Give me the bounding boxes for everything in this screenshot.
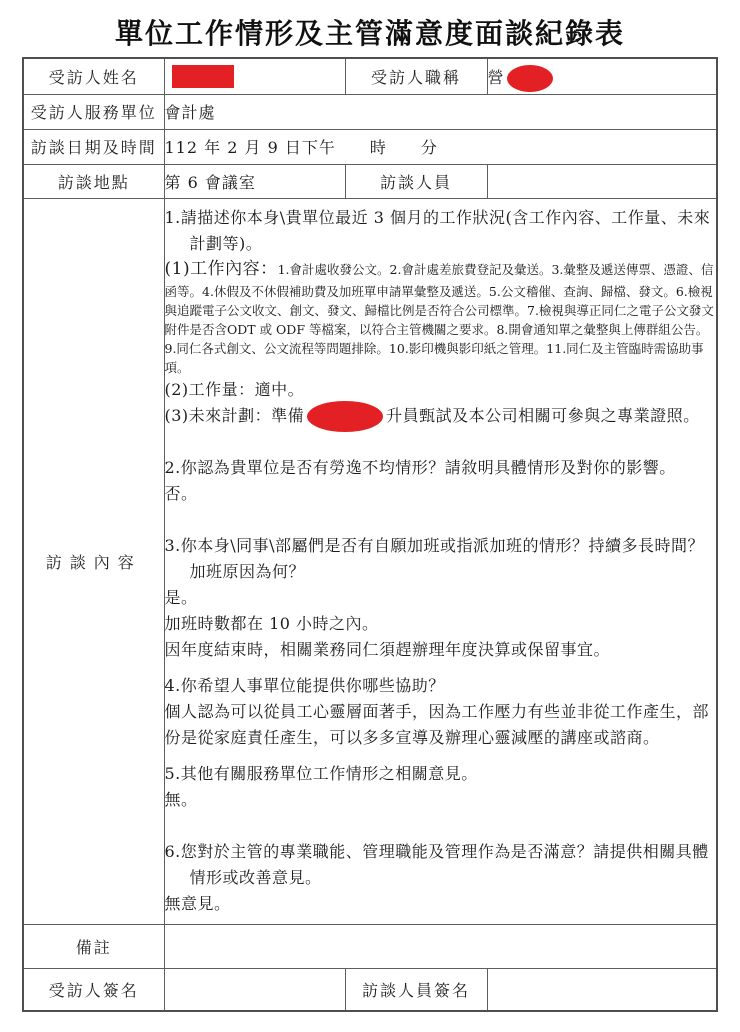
- answer-3-line1: 是。: [165, 585, 717, 611]
- service-unit-value: 會計處: [164, 94, 717, 129]
- interview-datetime-label: 訪談日期及時間: [23, 129, 164, 164]
- interviewers-label: 訪談人員: [345, 164, 487, 198]
- interviewee-title-label: 受訪人職稱: [345, 58, 487, 94]
- page-title: 單位工作情形及主管滿意度面談紀錄表: [0, 12, 740, 52]
- answer-1-future-plan: (3)未來計劃：準備升員甄試及本公司相關可參與之專業證照。: [165, 403, 717, 429]
- question-1: 1.請描述你本身\貴單位最近 3 個月的工作狀況(含工作內容、工作量、未來計劃等…: [165, 205, 717, 257]
- answer-3-line3: 因年度結束時，相關業務同仁須趕辦理年度決算或保留事宜。: [165, 637, 717, 663]
- scanned-form-page: { "title": "單位工作情形及主管滿意度面談紀錄表", "colors"…: [0, 0, 740, 1032]
- redaction-title-oval: [507, 65, 553, 92]
- interview-record-table: 受訪人姓名 受訪人職稱 營 受訪人服務單位 會計處 訪談日期及時間 112 年 …: [22, 57, 718, 1012]
- question-3: 3.你本身\同事\部屬們是否有自願加班或指派加班的情形？持續多長時間？加班原因為…: [165, 533, 717, 585]
- interview-content-cell: 1.請描述你本身\貴單位最近 3 個月的工作狀況(含工作內容、工作量、未來計劃等…: [164, 198, 717, 924]
- interviewer-signature-label: 訪談人員簽名: [345, 968, 487, 1011]
- interviewee-signature-cell: [164, 968, 345, 1011]
- answer-5: 無。: [165, 787, 717, 813]
- answer-1-work-items: (1)工作內容：1.會計處收發公文。2.會計處差旅費登記及彙送。3.彙整及遞送傳…: [165, 257, 717, 377]
- interviewee-title-value-cell: 營: [487, 58, 717, 94]
- answer-4: 個人認為可以從員工心靈層面著手，因為工作壓力有些並非從工作產生，部份是從家庭責任…: [165, 699, 717, 751]
- interview-content-label: 訪談內容: [23, 198, 164, 924]
- interviewee-signature-label: 受訪人簽名: [23, 968, 164, 1011]
- interviewee-name-label: 受訪人姓名: [23, 58, 164, 94]
- row-remarks: 備註: [23, 924, 717, 968]
- answer-6: 無意見。: [165, 891, 717, 917]
- row-signatures: 受訪人簽名 訪談人員簽名: [23, 968, 717, 1011]
- remarks-value-cell: [164, 924, 717, 968]
- answer-1-workload: (2)工作量：適中。: [165, 377, 717, 403]
- interviewers-value-cell: [487, 164, 717, 198]
- interviewee-name-value-cell: [164, 58, 345, 94]
- question-4: 4.你希望人事單位能提供你哪些協助？: [165, 673, 717, 699]
- interviewer-signature-cell: [487, 968, 717, 1011]
- row-name-title: 受訪人姓名 受訪人職稱 營: [23, 58, 717, 94]
- interview-location-value: 第 6 會議室: [164, 164, 345, 198]
- row-unit: 受訪人服務單位 會計處: [23, 94, 717, 129]
- interview-location-label: 訪談地點: [23, 164, 164, 198]
- question-5: 5.其他有關服務單位工作情形之相關意見。: [165, 761, 717, 787]
- interviewee-title-visible-text: 營: [488, 68, 505, 87]
- answer-1-future-post: 升員甄試及本公司相關可參與之專業證照。: [386, 406, 700, 425]
- answer-2: 否。: [165, 481, 717, 507]
- row-location: 訪談地點 第 6 會議室 訪談人員: [23, 164, 717, 198]
- service-unit-label: 受訪人服務單位: [23, 94, 164, 129]
- row-content: 訪談內容 1.請描述你本身\貴單位最近 3 個月的工作狀況(含工作內容、工作量、…: [23, 198, 717, 924]
- remarks-label: 備註: [23, 924, 164, 968]
- interview-datetime-value: 112 年 2 月 9 日下午 時 分: [164, 129, 717, 164]
- answer-3-line2: 加班時數都在 10 小時之內。: [165, 611, 717, 637]
- redaction-name-box: [172, 65, 234, 88]
- question-6: 6.您對於主管的專業職能、管理職能及管理作為是否滿意？請提供相關具體情形或改善意…: [165, 839, 717, 891]
- answer-1-future-pre: (3)未來計劃：準備: [165, 406, 305, 425]
- answer-1-work-lead: (1)工作內容：: [165, 259, 278, 279]
- question-2: 2.你認為貴單位是否有勞逸不均情形？請敘明具體情形及對你的影響。: [165, 455, 717, 481]
- row-datetime: 訪談日期及時間 112 年 2 月 9 日下午 時 分: [23, 129, 717, 164]
- redaction-future-plan-oval: [307, 401, 383, 432]
